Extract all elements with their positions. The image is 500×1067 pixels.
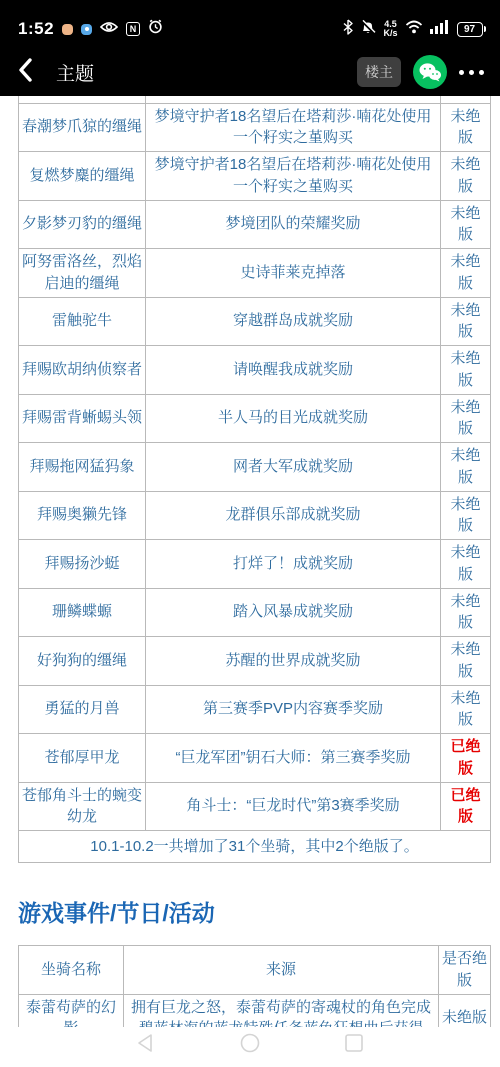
mount-name-cell: 阿努雷洛丝，烈焰启迪的缰绳 (19, 249, 146, 298)
back-button[interactable] (16, 57, 34, 88)
status-cell: 未绝版 (441, 152, 491, 201)
table-row: 苍郁角斗士的蜿变幼龙 角斗士：“巨龙时代”第3赛季奖励 已绝版 (19, 782, 491, 831)
floor-host-filter-button[interactable]: 楼主 (357, 57, 401, 87)
table-row: 阿努雷洛丝，烈焰启迪的缰绳 史诗菲莱克掉落 未绝版 (19, 249, 491, 298)
status-cell: 未绝版 (441, 394, 491, 443)
table-row-clipped (19, 96, 491, 103)
mount-name-cell: 夕影梦刃豹的缰绳 (19, 200, 146, 249)
table-row: 拜赐奥獭先锋 龙群俱乐部成就奖励 未绝版 (19, 491, 491, 540)
mount-name-cell: 拜赐拖网猛犸象 (19, 443, 146, 492)
orange-app-notification-icon (62, 24, 73, 35)
status-cell: 未绝版 (441, 346, 491, 395)
mount-source-cell: 角斗士：“巨龙时代”第3赛季奖励 (146, 782, 441, 831)
more-menu-button[interactable] (459, 70, 484, 75)
table-row: 春潮梦爪猄的缰绳 梦境守护者18名望后在塔莉莎·喃花处使用一个籽实之堇购买 未绝… (19, 103, 491, 152)
blue-app-notification-icon (81, 24, 92, 35)
mount-source-cell: 梦境守护者18名望后在塔莉莎·喃花处使用一个籽实之堇购买 (146, 103, 441, 152)
section-heading: 游戏事件/节日/活动 (18, 895, 500, 929)
mount-name-cell: 勇猛的月兽 (19, 685, 146, 734)
table-row: 拜赐拖网猛犸象 网者大军成就奖励 未绝版 (19, 443, 491, 492)
status-cell: 未绝版 (441, 103, 491, 152)
status-cell: 未绝版 (441, 685, 491, 734)
mount-source-cell: 龙群俱乐部成就奖励 (146, 491, 441, 540)
status-cell: 未绝版 (441, 443, 491, 492)
home-circle-button[interactable] (239, 1032, 261, 1054)
mount-source-cell: 请唤醒我成就奖励 (146, 346, 441, 395)
wechat-share-button[interactable] (413, 55, 447, 89)
mount-source-cell: 半人马的目光成就奖励 (146, 394, 441, 443)
status-cell: 未绝版 (441, 297, 491, 346)
mount-name-cell: 雷触驼牛 (19, 297, 146, 346)
table-row: 勇猛的月兽 第三赛季PVP内容赛季奖励 未绝版 (19, 685, 491, 734)
table-row: 苍郁厚甲龙 “巨龙军团”钥石大师：第三赛季奖励 已绝版 (19, 734, 491, 783)
mount-name-cell: 苍郁厚甲龙 (19, 734, 146, 783)
table-row: 复燃梦麋的缰绳 梦境守护者18名望后在塔莉莎·喃花处使用一个籽实之堇购买 未绝版 (19, 152, 491, 201)
table-header-row: 坐骑名称 来源 是否绝版 (19, 946, 491, 995)
mount-name-cell: 苍郁角斗士的蜿变幼龙 (19, 782, 146, 831)
mount-name-cell: 春潮梦爪猄的缰绳 (19, 103, 146, 152)
status-cell: 已绝版 (441, 734, 491, 783)
mount-name-cell: 拜赐奥獭先锋 (19, 491, 146, 540)
eye-protection-icon (100, 20, 118, 39)
header-mount-name: 坐骑名称 (19, 946, 124, 995)
header-status: 是否绝版 (439, 946, 491, 995)
status-cell: 已绝版 (441, 782, 491, 831)
back-triangle-button[interactable] (135, 1032, 157, 1054)
table-summary-row: 10.1-10.2一共增加了31个坐骑，其中2个绝版了。 (19, 831, 491, 863)
table-row: 雷触驼牛 穿越群岛成就奖励 未绝版 (19, 297, 491, 346)
table-row: 好狗狗的缰绳 苏醒的世界成就奖励 未绝版 (19, 637, 491, 686)
mount-name-cell: 珊鳞蝶螈 (19, 588, 146, 637)
mount-name-cell: 拜赐欧胡纳侦察者 (19, 346, 146, 395)
status-cell: 未绝版 (441, 540, 491, 589)
bluetooth-icon (343, 19, 353, 40)
mount-name-cell: 复燃梦麋的缰绳 (19, 152, 146, 201)
battery-indicator: 97 (457, 22, 487, 37)
network-speed: 4.5 K/s (383, 20, 397, 38)
mounts-table: 春潮梦爪猄的缰绳 梦境守护者18名望后在塔莉莎·喃花处使用一个籽实之堇购买 未绝… (18, 96, 491, 863)
mount-source-cell: 苏醒的世界成就奖励 (146, 637, 441, 686)
header-source: 来源 (124, 946, 439, 995)
mount-source-cell: 网者大军成就奖励 (146, 443, 441, 492)
table-row: 拜赐雷背蜥蜴头领 半人马的目光成就奖励 未绝版 (19, 394, 491, 443)
mount-source-cell: 踏入风暴成就奖励 (146, 588, 441, 637)
mount-source-cell: 穿越群岛成就奖励 (146, 297, 441, 346)
status-cell: 未绝版 (441, 491, 491, 540)
table-row: 夕影梦刃豹的缰绳 梦境团队的荣耀奖励 未绝版 (19, 200, 491, 249)
table-row: 珊鳞蝶螈 踏入风暴成就奖励 未绝版 (19, 588, 491, 637)
table-row: 拜赐扬沙蜓 打烊了！成就奖励 未绝版 (19, 540, 491, 589)
mount-source-cell: 梦境守护者18名望后在塔莉莎·喃花处使用一个籽实之堇购买 (146, 152, 441, 201)
status-bar: 1:52 N 4.5 K/s 97 (0, 0, 500, 48)
summary-text: 10.1-10.2一共增加了31个坐骑，其中2个绝版了。 (19, 831, 491, 863)
bell-muted-icon (360, 19, 376, 40)
signal-strength-icon (430, 19, 450, 39)
app-header: 主题 楼主 (0, 48, 500, 96)
recents-square-button[interactable] (343, 1032, 365, 1054)
mount-source-cell: 打烊了！成就奖励 (146, 540, 441, 589)
alarm-clock-icon (148, 19, 163, 39)
table-row: 拜赐欧胡纳侦察者 请唤醒我成就奖励 未绝版 (19, 346, 491, 395)
status-cell: 未绝版 (441, 200, 491, 249)
nfc-icon: N (126, 22, 140, 36)
post-content: 春潮梦爪猄的缰绳 梦境守护者18名望后在塔莉莎·喃花处使用一个籽实之堇购买 未绝… (0, 96, 500, 1043)
wifi-icon (405, 20, 423, 39)
mount-name-cell: 好狗狗的缰绳 (19, 637, 146, 686)
android-navigation-bar (0, 1027, 500, 1067)
status-cell: 未绝版 (441, 588, 491, 637)
mount-source-cell: 第三赛季PVP内容赛季奖励 (146, 685, 441, 734)
mount-source-cell: “巨龙军团”钥石大师：第三赛季奖励 (146, 734, 441, 783)
status-cell: 未绝版 (441, 637, 491, 686)
mount-name-cell: 拜赐雷背蜥蜴头领 (19, 394, 146, 443)
mount-source-cell: 史诗菲莱克掉落 (146, 249, 441, 298)
status-cell: 未绝版 (441, 249, 491, 298)
clock-time: 1:52 (18, 19, 54, 39)
mount-name-cell: 拜赐扬沙蜓 (19, 540, 146, 589)
mount-source-cell: 梦境团队的荣耀奖励 (146, 200, 441, 249)
page-title: 主题 (56, 59, 94, 86)
